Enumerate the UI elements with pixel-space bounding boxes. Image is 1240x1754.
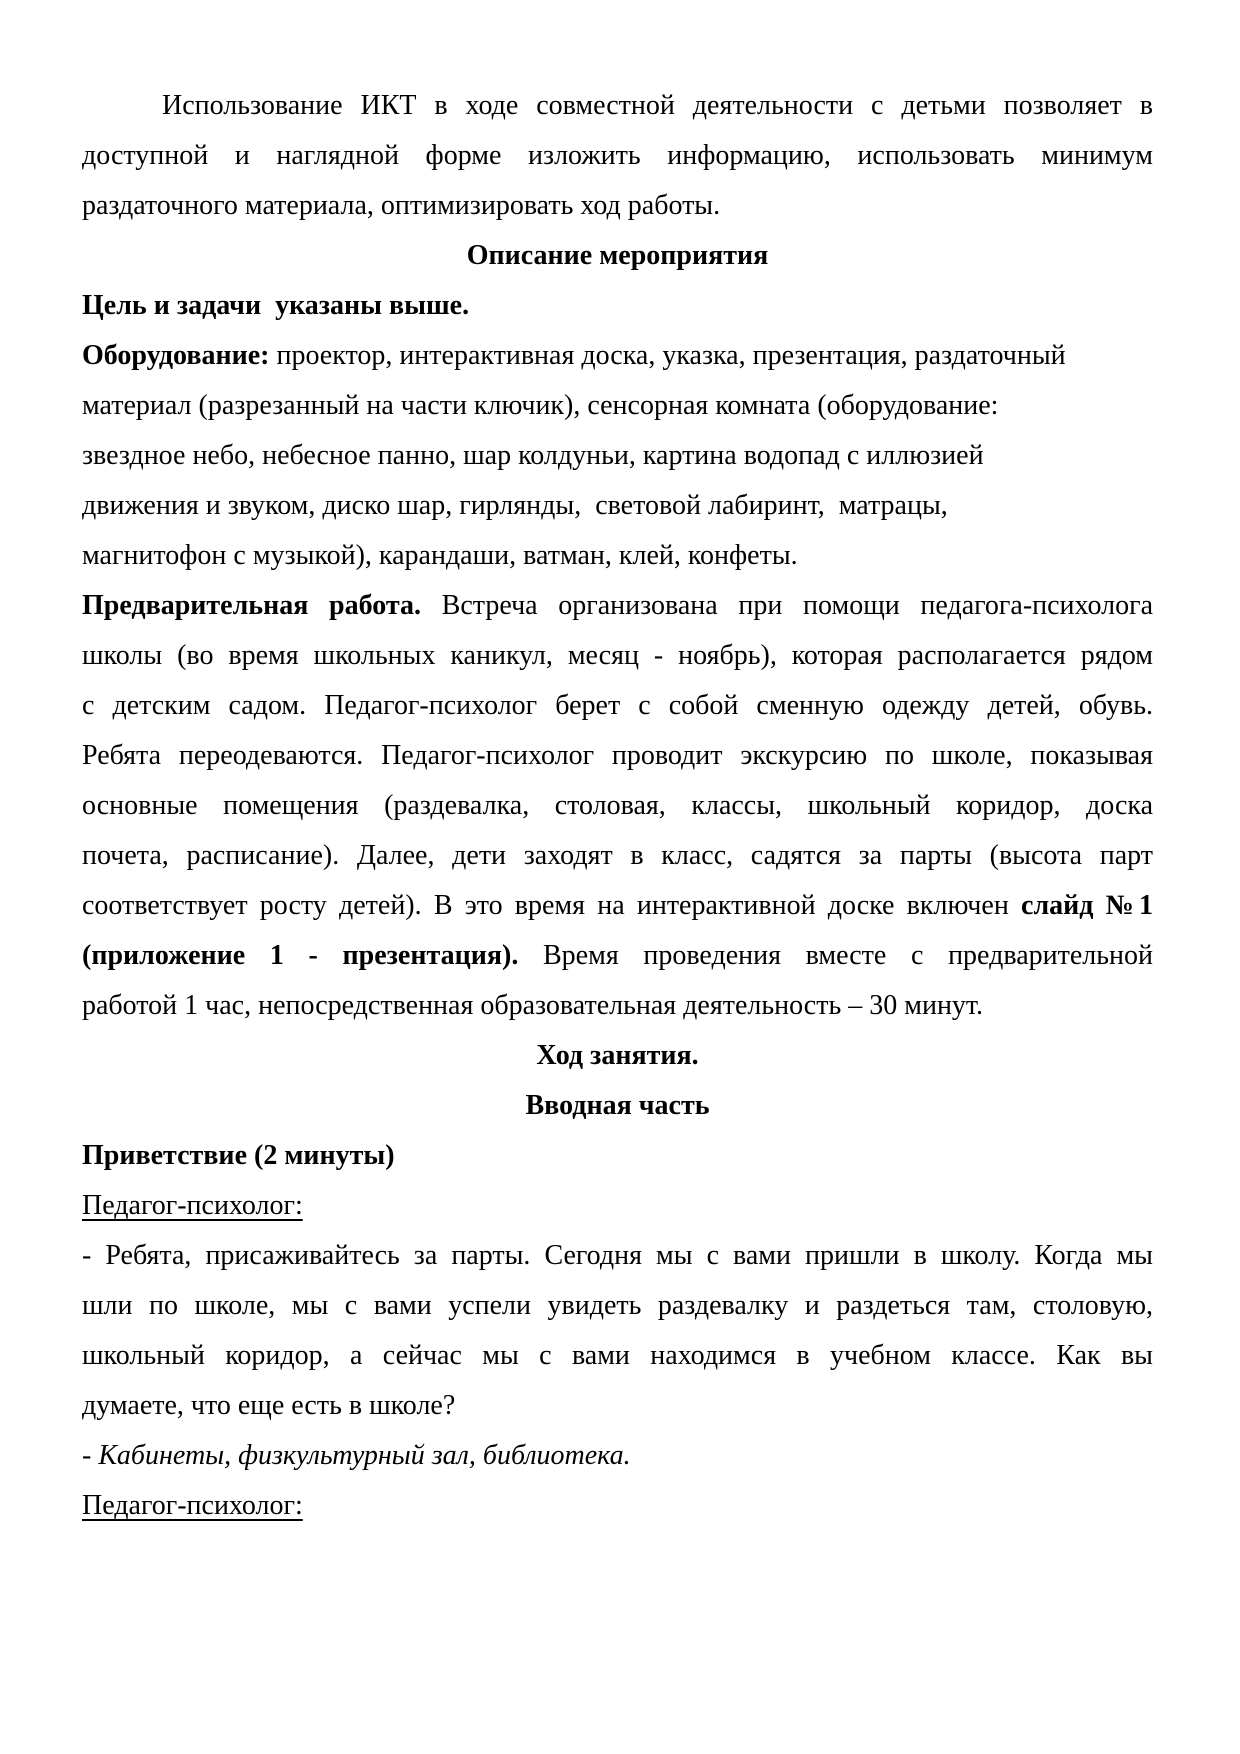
speaker-label-psychologist-1: Педагог-психолог: xyxy=(82,1181,1153,1231)
para-prework-line-8: (приложение 1 - презентация). Время пров… xyxy=(82,931,1153,981)
text-segment: школьный коридор, а сейчас мы с вами нах… xyxy=(82,1340,1153,1371)
text-segment: раздаточного материала, оптимизировать х… xyxy=(82,190,720,221)
text-segment: Оборудование: xyxy=(82,340,269,371)
document-page: Использование ИКТ в ходе совместной деят… xyxy=(0,0,1240,1754)
text-segment: Педагог-психолог: xyxy=(82,1190,303,1221)
line-goals: Цель и задачи указаны выше. xyxy=(82,281,1153,331)
text-segment: - Ребята, присаживайтесь за парты. Сегод… xyxy=(82,1240,1153,1271)
text-segment: материал (разрезанный на части ключик), … xyxy=(82,390,998,421)
para-prework-line-1: Предварительная работа. Встреча организо… xyxy=(82,581,1153,631)
text-segment: шли по школе, мы с вами успели увидеть р… xyxy=(82,1290,1153,1321)
para-prework-line-4: Ребята переодеваются. Педагог-психолог п… xyxy=(82,731,1153,781)
text-segment: Предварительная работа. xyxy=(82,590,421,621)
text-segment: Ребята переодеваются. Педагог-психолог п… xyxy=(82,740,1153,771)
text-segment: (приложение 1 - презентация). xyxy=(82,940,518,971)
heading-event-description: Описание мероприятия xyxy=(82,231,1153,281)
text-segment: соответствует росту детей). В это время … xyxy=(82,890,1021,921)
para-prework-line-7: соответствует росту детей). В это время … xyxy=(82,881,1153,931)
text-segment: звездное небо, небесное панно, шар колду… xyxy=(82,440,984,471)
heading-greeting: Приветствие (2 минуты) xyxy=(82,1131,1153,1181)
speaker-label-psychologist-2: Педагог-психолог: xyxy=(82,1481,1153,1531)
para-equipment-line-1: Оборудование: проектор, интерактивная до… xyxy=(82,331,1153,381)
para-ikt-line-1: Использование ИКТ в ходе совместной деят… xyxy=(82,81,1153,131)
children-answer-line: - Кабинеты, физкультурный зал, библиотек… xyxy=(82,1431,1153,1481)
para-equipment-line-3: звездное небо, небесное панно, шар колду… xyxy=(82,431,1153,481)
para-prework-line-2: школы (во время школьных каникул, месяц … xyxy=(82,631,1153,681)
heading-lesson-course: Ход занятия. xyxy=(82,1031,1153,1081)
para-equipment-line-4: движения и звуком, диско шар, гирлянды, … xyxy=(82,481,1153,531)
text-segment: движения и звуком, диско шар, гирлянды, … xyxy=(82,490,948,521)
para-dialogue-line-2: шли по школе, мы с вами успели увидеть р… xyxy=(82,1281,1153,1331)
text-segment: доступной и наглядной форме изложить инф… xyxy=(82,140,1153,171)
para-dialogue-line-1: - Ребята, присаживайтесь за парты. Сегод… xyxy=(82,1231,1153,1281)
text-segment: Использование ИКТ в ходе совместной деят… xyxy=(162,90,1153,121)
text-segment: почета, расписание). Далее, дети заходят… xyxy=(82,840,1153,871)
text-segment: работой 1 час, непосредственная образова… xyxy=(82,990,983,1021)
text-segment: Вводная часть xyxy=(525,1090,709,1121)
text-segment: Время проведения вместе с предварительно… xyxy=(518,940,1153,971)
text-segment: школы (во время школьных каникул, месяц … xyxy=(82,640,1153,671)
text-segment: - Кабинеты, физкультурный зал, библиотек… xyxy=(82,1440,631,1471)
para-prework-line-3: с детским садом. Педагог-психолог берет … xyxy=(82,681,1153,731)
heading-intro-part: Вводная часть xyxy=(82,1081,1153,1131)
para-ikt-line-3: раздаточного материала, оптимизировать х… xyxy=(82,181,1153,231)
para-prework-line-6: почета, расписание). Далее, дети заходят… xyxy=(82,831,1153,881)
text-segment: магнитофон с музыкой), карандаши, ватман… xyxy=(82,540,798,571)
text-segment: Цель и задачи указаны выше. xyxy=(82,290,469,321)
text-segment: Приветствие (2 минуты) xyxy=(82,1140,395,1171)
text-segment: проектор, интерактивная доска, указка, п… xyxy=(269,340,1065,371)
text-segment: Ход занятия. xyxy=(536,1040,698,1071)
text-segment: Встреча организована при помощи педагога… xyxy=(421,590,1153,621)
para-equipment-line-2: материал (разрезанный на части ключик), … xyxy=(82,381,1153,431)
text-segment: Педагог-психолог: xyxy=(82,1490,303,1521)
para-dialogue-line-3: школьный коридор, а сейчас мы с вами нах… xyxy=(82,1331,1153,1381)
text-segment: слайд №1 xyxy=(1021,890,1153,921)
para-dialogue-line-4: думаете, что еще есть в школе? xyxy=(82,1381,1153,1431)
para-equipment-line-5: магнитофон с музыкой), карандаши, ватман… xyxy=(82,531,1153,581)
para-prework-line-9: работой 1 час, непосредственная образова… xyxy=(82,981,1153,1031)
para-prework-line-5: основные помещения (раздевалка, столовая… xyxy=(82,781,1153,831)
text-segment: с детским садом. Педагог-психолог берет … xyxy=(82,690,1153,721)
text-segment: думаете, что еще есть в школе? xyxy=(82,1390,455,1421)
text-segment: Описание мероприятия xyxy=(467,240,769,271)
document-content: Использование ИКТ в ходе совместной деят… xyxy=(0,0,1240,1531)
text-segment: основные помещения (раздевалка, столовая… xyxy=(82,790,1153,821)
para-ikt-line-2: доступной и наглядной форме изложить инф… xyxy=(82,131,1153,181)
